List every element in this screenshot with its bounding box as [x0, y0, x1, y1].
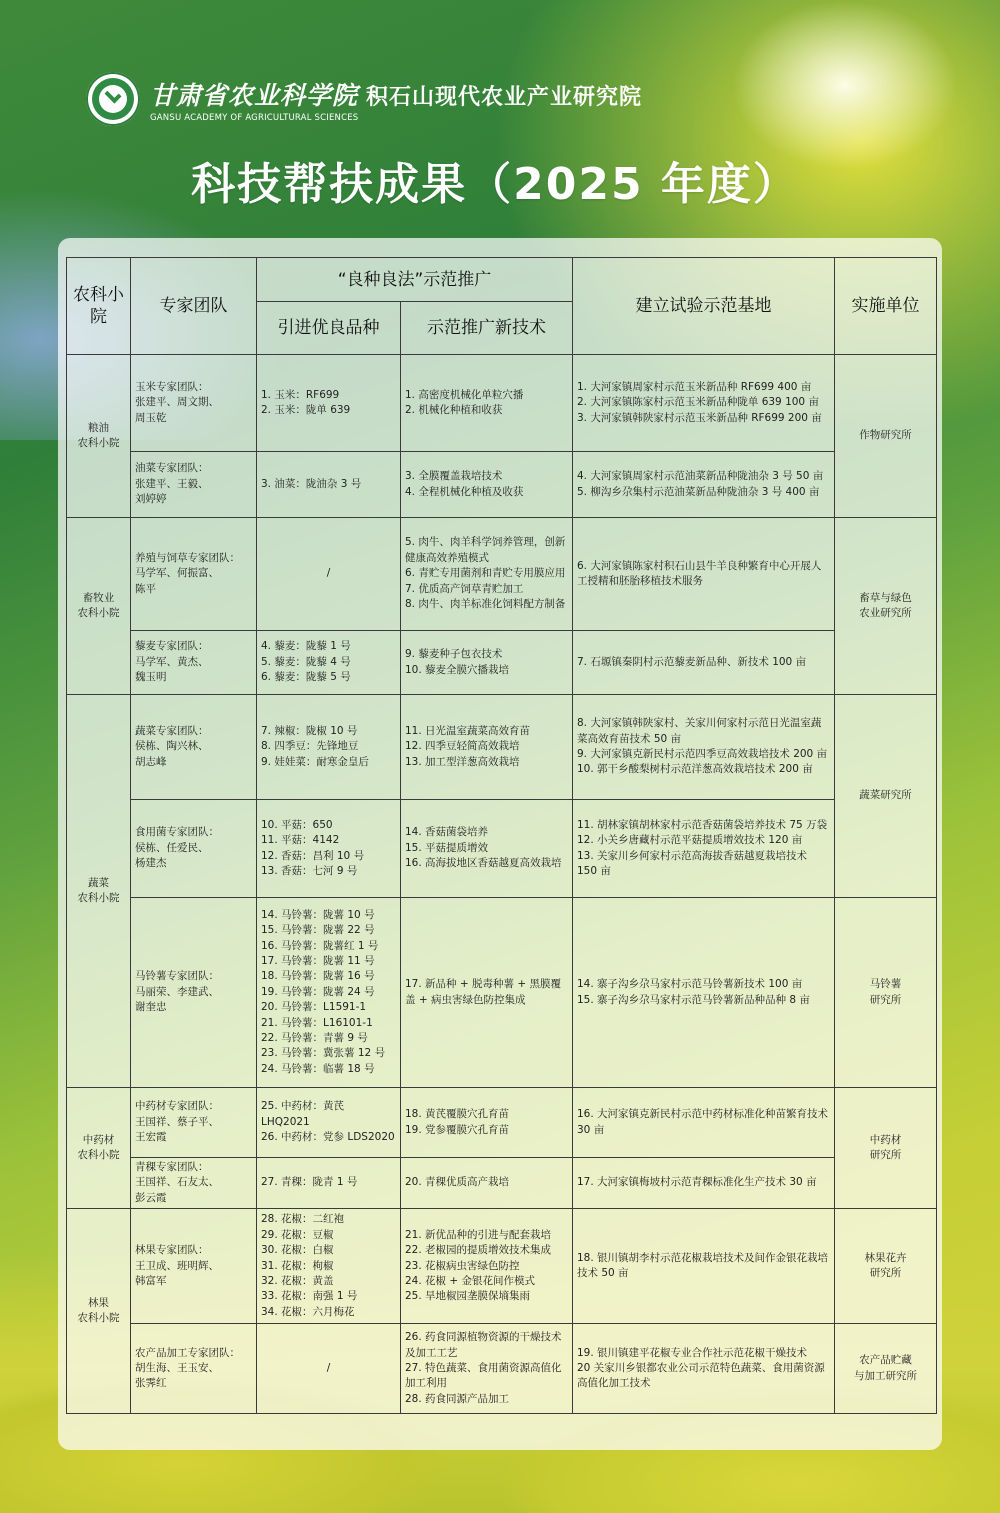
- varieties-item: 19. 马铃薯：陇薯 24 号: [261, 985, 396, 1000]
- techniques-item: 7. 优质高产饲草青贮加工: [405, 582, 568, 597]
- techniques-item: 10. 藜麦全膜穴播栽培: [405, 663, 568, 678]
- cell-techniques: 20. 青稞优质高产栽培: [401, 1158, 573, 1209]
- cell-varieties: 1. 玉米：RF6992. 玉米：陇单 639: [257, 355, 401, 452]
- cell-team: 玉米专家团队： 张建平、周文期、 周玉乾: [131, 355, 257, 452]
- table-row: 青稞专家团队： 王国祥、石友太、 彭云霞27. 青稞：陇青 1 号20. 青稞优…: [67, 1158, 937, 1209]
- cell-varieties: 3. 油菜：陇油杂 3 号: [257, 452, 401, 518]
- varieties-item: 16. 马铃薯：陇薯红 1 号: [261, 939, 396, 954]
- varieties-item: 26. 中药材：党参 LDS2020: [261, 1130, 396, 1145]
- cell-unit: 林果花卉 研究所: [835, 1209, 937, 1324]
- techniques-item: 16. 高海拔地区香菇越夏高效栽培: [405, 856, 568, 871]
- cell-techniques: 26. 药食同源植物资源的干燥技术及加工工艺27. 特色蔬菜、食用菌资源高值化加…: [401, 1324, 573, 1414]
- table-row: 藜麦专家团队： 马学军、黄杰、 魏玉明4. 藜麦：陇藜 1 号5. 藜麦：陇藜 …: [67, 631, 937, 695]
- cell-techniques: 9. 藜麦种子包衣技术10. 藜麦全膜穴播栽培: [401, 631, 573, 695]
- bases-item: 5. 柳沟乡尕集村示范油菜新品种陇油杂 3 号 400 亩: [577, 485, 830, 500]
- cell-bases: 16. 大河家镇克新民村示范中药材标准化种苗繁育技术 30 亩: [573, 1088, 835, 1158]
- table-row: 食用菌专家团队： 侯栋、任爱民、 杨建杰10. 平菇：65011. 平菇：414…: [67, 800, 937, 898]
- varieties-item: 11. 平菇：4142: [261, 833, 396, 848]
- achievements-table: 农科小院 专家团队 “良种良法”示范推广 建立试验示范基地 实施单位 引进优良品…: [66, 257, 937, 1414]
- cell-team: 中药材专家团队： 王国祥、蔡子平、 王宏霞: [131, 1088, 257, 1158]
- varieties-item: 18. 马铃薯：陇薯 16 号: [261, 969, 396, 984]
- varieties-item: 17. 马铃薯：陇薯 11 号: [261, 954, 396, 969]
- varieties-item: 24. 马铃薯：临薯 18 号: [261, 1062, 396, 1077]
- varieties-item: /: [261, 1361, 396, 1376]
- org-block: 甘肃省农业科学院 积石山现代农业产业研究院 GANSU ACADEMY OF A…: [150, 76, 642, 123]
- academy-emblem-icon: [86, 72, 140, 126]
- bases-item: 8. 大河家镇韩陕家村、关家川何家村示范日光温室蔬菜高效育苗技术 50 亩: [577, 716, 830, 747]
- header-unit: 实施单位: [835, 258, 937, 355]
- cell-bases: 1. 大河家镇周家村示范玉米新品种 RF699 400 亩2. 大河家镇陈家村示…: [573, 355, 835, 452]
- varieties-item: 20. 马铃薯：L1591-1: [261, 1000, 396, 1015]
- cell-bases: 11. 胡林家镇胡林家村示范香菇菌袋培养技术 75 万袋12. 小关乡唐藏村示范…: [573, 800, 835, 898]
- cell-yard: 畜牧业 农科小院: [67, 518, 131, 695]
- varieties-item: 14. 马铃薯：陇薯 10 号: [261, 908, 396, 923]
- techniques-item: 21. 新优品种的引进与配套栽培: [405, 1228, 568, 1243]
- bases-item: 6. 大河家镇陈家村积石山县牛羊良种繁育中心开展人工授精和胚胎移植技术服务: [577, 559, 830, 590]
- bases-item: 20 关家川乡银都农业公司示范特色蔬菜、食用菌资源高值化加工技术: [577, 1361, 830, 1392]
- cell-unit: 作物研究所: [835, 355, 937, 518]
- cell-yard: 蔬菜 农科小院: [67, 695, 131, 1088]
- cell-bases: 6. 大河家镇陈家村积石山县牛羊良种繁育中心开展人工授精和胚胎移植技术服务: [573, 518, 835, 631]
- cell-bases: 17. 大河家镇梅坡村示范青稞标准化生产技术 30 亩: [573, 1158, 835, 1209]
- varieties-item: 12. 香菇：昌利 10 号: [261, 849, 396, 864]
- cell-yard: 林果 农科小院: [67, 1209, 131, 1414]
- cell-techniques: 17. 新品种 + 脱毒种薯 + 黑膜覆盖 + 病虫害绿色防控集成: [401, 898, 573, 1088]
- org-name-cn: 甘肃省农业科学院: [150, 76, 358, 112]
- techniques-item: 22. 老椒园的提质增效技术集成: [405, 1243, 568, 1258]
- techniques-item: 17. 新品种 + 脱毒种薯 + 黑膜覆盖 + 病虫害绿色防控集成: [405, 977, 568, 1008]
- bases-item: 1. 大河家镇周家村示范玉米新品种 RF699 400 亩: [577, 380, 830, 395]
- table-row: 中药材 农科小院中药材专家团队： 王国祥、蔡子平、 王宏霞25. 中药材：黄芪 …: [67, 1088, 937, 1158]
- cell-varieties: /: [257, 1324, 401, 1414]
- bases-item: 11. 胡林家镇胡林家村示范香菇菌袋培养技术 75 万袋: [577, 818, 830, 833]
- bases-item: 13. 关家川乡何家村示范高海拔香菇越夏栽培技术 150 亩: [577, 849, 830, 880]
- bases-item: 17. 大河家镇梅坡村示范青稞标准化生产技术 30 亩: [577, 1175, 830, 1190]
- cell-bases: 4. 大河家镇周家村示范油菜新品种陇油杂 3 号 50 亩5. 柳沟乡尕集村示范…: [573, 452, 835, 518]
- table-row: 畜牧业 农科小院养殖与饲草专家团队： 马学军、何振富、 陈平/5. 肉牛、肉羊科…: [67, 518, 937, 631]
- varieties-item: 7. 辣椒：陇椒 10 号: [261, 724, 396, 739]
- table-row: 蔬菜 农科小院蔬菜专家团队： 侯栋、陶兴林、 胡志峰7. 辣椒：陇椒 10 号8…: [67, 695, 937, 800]
- varieties-item: 3. 油菜：陇油杂 3 号: [261, 477, 396, 492]
- varieties-item: 5. 藜麦：陇藜 4 号: [261, 655, 396, 670]
- techniques-item: 12. 四季豆轻简高效栽培: [405, 739, 568, 754]
- techniques-item: 3. 全膜覆盖栽培技术: [405, 469, 568, 484]
- cell-yard: 粮油 农科小院: [67, 355, 131, 518]
- bases-item: 16. 大河家镇克新民村示范中药材标准化种苗繁育技术 30 亩: [577, 1107, 830, 1138]
- bases-item: 4. 大河家镇周家村示范油菜新品种陇油杂 3 号 50 亩: [577, 469, 830, 484]
- varieties-item: 6. 藜麦：陇藜 5 号: [261, 670, 396, 685]
- header-techniques: 示范推广新技术: [401, 302, 573, 355]
- cell-team: 藜麦专家团队： 马学军、黄杰、 魏玉明: [131, 631, 257, 695]
- cell-varieties: 4. 藜麦：陇藜 1 号5. 藜麦：陇藜 4 号6. 藜麦：陇藜 5 号: [257, 631, 401, 695]
- techniques-item: 28. 药食同源产品加工: [405, 1392, 568, 1407]
- techniques-item: 15. 平菇提质增效: [405, 841, 568, 856]
- org-sub-name: 积石山现代农业产业研究院: [366, 80, 642, 111]
- cell-bases: 19. 银川镇建平花椒专业合作社示范花椒干燥技术20 关家川乡银都农业公司示范特…: [573, 1324, 835, 1414]
- bases-item: 12. 小关乡唐藏村示范平菇提质增效技术 120 亩: [577, 833, 830, 848]
- table-row: 马铃薯专家团队： 马丽荣、李建武、 谢奎忠14. 马铃薯：陇薯 10 号15. …: [67, 898, 937, 1088]
- varieties-item: 22. 马铃薯：青薯 9 号: [261, 1031, 396, 1046]
- varieties-item: 23. 马铃薯：冀张薯 12 号: [261, 1046, 396, 1061]
- header-yard: 农科小院: [67, 258, 131, 355]
- varieties-item: 33. 花椒：南强 1 号: [261, 1289, 396, 1304]
- varieties-item: 27. 青稞：陇青 1 号: [261, 1175, 396, 1190]
- cell-team: 食用菌专家团队： 侯栋、任爱民、 杨建杰: [131, 800, 257, 898]
- cell-team: 农产品加工专家团队： 胡生海、王玉安、 张霁红: [131, 1324, 257, 1414]
- header-bases: 建立试验示范基地: [573, 258, 835, 355]
- table-row: 农产品加工专家团队： 胡生海、王玉安、 张霁红/26. 药食同源植物资源的干燥技…: [67, 1324, 937, 1414]
- techniques-item: 9. 藜麦种子包衣技术: [405, 647, 568, 662]
- cell-techniques: 21. 新优品种的引进与配套栽培22. 老椒园的提质增效技术集成23. 花椒病虫…: [401, 1209, 573, 1324]
- cell-techniques: 11. 日光温室蔬菜高效育苗12. 四季豆轻简高效栽培13. 加工型洋葱高效栽培: [401, 695, 573, 800]
- techniques-item: 23. 花椒病虫害绿色防控: [405, 1259, 568, 1274]
- cell-unit: 农产品贮藏 与加工研究所: [835, 1324, 937, 1414]
- header-promotion-group: “良种良法”示范推广: [257, 258, 573, 302]
- cell-varieties: 10. 平菇：65011. 平菇：414212. 香菇：昌利 10 号13. 香…: [257, 800, 401, 898]
- cell-bases: 18. 银川镇胡李村示范花椒栽培技术及间作金银花栽培技术 50 亩: [573, 1209, 835, 1324]
- techniques-item: 26. 药食同源植物资源的干燥技术及加工工艺: [405, 1330, 568, 1361]
- varieties-item: 8. 四季豆：先锋地豆: [261, 739, 396, 754]
- bases-item: 2. 大河家镇陈家村示范玉米新品种陇单 639 100 亩: [577, 395, 830, 410]
- org-name-en: GANSU ACADEMY OF AGRICULTURAL SCIENCES: [150, 113, 642, 123]
- table-row: 油菜专家团队： 张建平、王毅、 刘婷婷3. 油菜：陇油杂 3 号3. 全膜覆盖栽…: [67, 452, 937, 518]
- cell-techniques: 18. 黄芪覆膜穴孔育苗19. 党参覆膜穴孔育苗: [401, 1088, 573, 1158]
- varieties-item: 9. 娃娃菜：耐寒金皇后: [261, 755, 396, 770]
- varieties-item: 28. 花椒：二红袍: [261, 1212, 396, 1227]
- header: 甘肃省农业科学院 积石山现代农业产业研究院 GANSU ACADEMY OF A…: [86, 72, 642, 126]
- bases-item: 3. 大河家镇韩陕家村示范玉米新品种 RF699 200 亩: [577, 411, 830, 426]
- varieties-item: 21. 马铃薯：L16101-1: [261, 1016, 396, 1031]
- varieties-item: 30. 花椒：白椒: [261, 1243, 396, 1258]
- techniques-item: 14. 香菇菌袋培养: [405, 825, 568, 840]
- techniques-item: 4. 全程机械化种植及收获: [405, 485, 568, 500]
- varieties-item: 13. 香菇：七河 9 号: [261, 864, 396, 879]
- bases-item: 14. 寨子沟乡尕马家村示范马铃薯新技术 100 亩: [577, 977, 830, 992]
- techniques-item: 24. 花椒 + 金银花间作模式: [405, 1274, 568, 1289]
- cell-team: 青稞专家团队： 王国祥、石友太、 彭云霞: [131, 1158, 257, 1209]
- cell-unit: 蔬菜研究所: [835, 695, 937, 898]
- table-row: 林果 农科小院林果专家团队： 王卫成、班明辉、 韩富军28. 花椒：二红袍29.…: [67, 1209, 937, 1324]
- varieties-item: 25. 中药材：黄芪 LHQ2021: [261, 1099, 396, 1130]
- techniques-item: 1. 高密度机械化单粒穴播: [405, 388, 568, 403]
- techniques-item: 2. 机械化种植和收获: [405, 403, 568, 418]
- cell-varieties: 7. 辣椒：陇椒 10 号8. 四季豆：先锋地豆9. 娃娃菜：耐寒金皇后: [257, 695, 401, 800]
- table-row: 粮油 农科小院玉米专家团队： 张建平、周文期、 周玉乾1. 玉米：RF6992.…: [67, 355, 937, 452]
- techniques-item: 6. 青贮专用菌剂和青贮专用膜应用: [405, 566, 568, 581]
- page-title: 科技帮扶成果（2025 年度）: [0, 148, 990, 212]
- varieties-item: 1. 玉米：RF699: [261, 388, 396, 403]
- techniques-item: 18. 黄芪覆膜穴孔育苗: [405, 1107, 568, 1122]
- cell-techniques: 1. 高密度机械化单粒穴播2. 机械化种植和收获: [401, 355, 573, 452]
- cell-unit: 中药材 研究所: [835, 1088, 937, 1209]
- bases-item: 9. 大河家镇克新民村示范四季豆高效栽培技术 200 亩: [577, 747, 830, 762]
- techniques-item: 13. 加工型洋葱高效栽培: [405, 755, 568, 770]
- cell-team: 蔬菜专家团队： 侯栋、陶兴林、 胡志峰: [131, 695, 257, 800]
- techniques-item: 25. 旱地椒园垄膜保墒集雨: [405, 1289, 568, 1304]
- bases-item: 19. 银川镇建平花椒专业合作社示范花椒干燥技术: [577, 1346, 830, 1361]
- varieties-item: 34. 花椒：六月梅花: [261, 1305, 396, 1320]
- varieties-item: 15. 马铃薯：陇薯 22 号: [261, 923, 396, 938]
- header-team: 专家团队: [131, 258, 257, 355]
- cell-varieties: 25. 中药材：黄芪 LHQ202126. 中药材：党参 LDS2020: [257, 1088, 401, 1158]
- cell-bases: 14. 寨子沟乡尕马家村示范马铃薯新技术 100 亩15. 寨子沟乡尕马家村示范…: [573, 898, 835, 1088]
- cell-varieties: 28. 花椒：二红袍29. 花椒：豆椒30. 花椒：白椒31. 花椒：枸椒32.…: [257, 1209, 401, 1324]
- bases-item: 10. 郭干乡酸梨树村示范洋葱高效栽培技术 200 亩: [577, 762, 830, 777]
- techniques-item: 5. 肉牛、肉羊科学饲养管理，创新健康高效养殖模式: [405, 535, 568, 566]
- cell-techniques: 3. 全膜覆盖栽培技术4. 全程机械化种植及收获: [401, 452, 573, 518]
- cell-team: 养殖与饲草专家团队： 马学军、何振富、 陈平: [131, 518, 257, 631]
- varieties-item: 29. 花椒：豆椒: [261, 1228, 396, 1243]
- cell-team: 油菜专家团队： 张建平、王毅、 刘婷婷: [131, 452, 257, 518]
- cell-varieties: 14. 马铃薯：陇薯 10 号15. 马铃薯：陇薯 22 号16. 马铃薯：陇薯…: [257, 898, 401, 1088]
- cell-varieties: 27. 青稞：陇青 1 号: [257, 1158, 401, 1209]
- techniques-item: 20. 青稞优质高产栽培: [405, 1175, 568, 1190]
- varieties-item: 2. 玉米：陇单 639: [261, 403, 396, 418]
- cell-unit: 畜草与绿色 农业研究所: [835, 518, 937, 695]
- techniques-item: 11. 日光温室蔬菜高效育苗: [405, 724, 568, 739]
- varieties-item: 32. 花椒：黄盖: [261, 1274, 396, 1289]
- header-varieties: 引进优良品种: [257, 302, 401, 355]
- techniques-item: 19. 党参覆膜穴孔育苗: [405, 1123, 568, 1138]
- techniques-item: 27. 特色蔬菜、食用菌资源高值化加工利用: [405, 1361, 568, 1392]
- cell-team: 林果专家团队： 王卫成、班明辉、 韩富军: [131, 1209, 257, 1324]
- varieties-item: 31. 花椒：枸椒: [261, 1259, 396, 1274]
- cell-techniques: 14. 香菇菌袋培养15. 平菇提质增效16. 高海拔地区香菇越夏高效栽培: [401, 800, 573, 898]
- cell-team: 马铃薯专家团队： 马丽荣、李建武、 谢奎忠: [131, 898, 257, 1088]
- bases-item: 7. 石塬镇秦阴村示范藜麦新品种、新技术 100 亩: [577, 655, 830, 670]
- varieties-item: 4. 藜麦：陇藜 1 号: [261, 639, 396, 654]
- table-body: 粮油 农科小院玉米专家团队： 张建平、周文期、 周玉乾1. 玉米：RF6992.…: [67, 355, 937, 1414]
- cell-unit: 马铃薯 研究所: [835, 898, 937, 1088]
- cell-bases: 7. 石塬镇秦阴村示范藜麦新品种、新技术 100 亩: [573, 631, 835, 695]
- techniques-item: 8. 肉牛、肉羊标准化饲料配方制备: [405, 597, 568, 612]
- cell-varieties: /: [257, 518, 401, 631]
- bases-item: 15. 寨子沟乡尕马家村示范马铃薯新品种品种 8 亩: [577, 993, 830, 1008]
- bases-item: 18. 银川镇胡李村示范花椒栽培技术及间作金银花栽培技术 50 亩: [577, 1251, 830, 1282]
- cell-bases: 8. 大河家镇韩陕家村、关家川何家村示范日光温室蔬菜高效育苗技术 50 亩9. …: [573, 695, 835, 800]
- cell-yard: 中药材 农科小院: [67, 1088, 131, 1209]
- varieties-item: /: [261, 566, 396, 581]
- varieties-item: 10. 平菇：650: [261, 818, 396, 833]
- cell-techniques: 5. 肉牛、肉羊科学饲养管理，创新健康高效养殖模式6. 青贮专用菌剂和青贮专用膜…: [401, 518, 573, 631]
